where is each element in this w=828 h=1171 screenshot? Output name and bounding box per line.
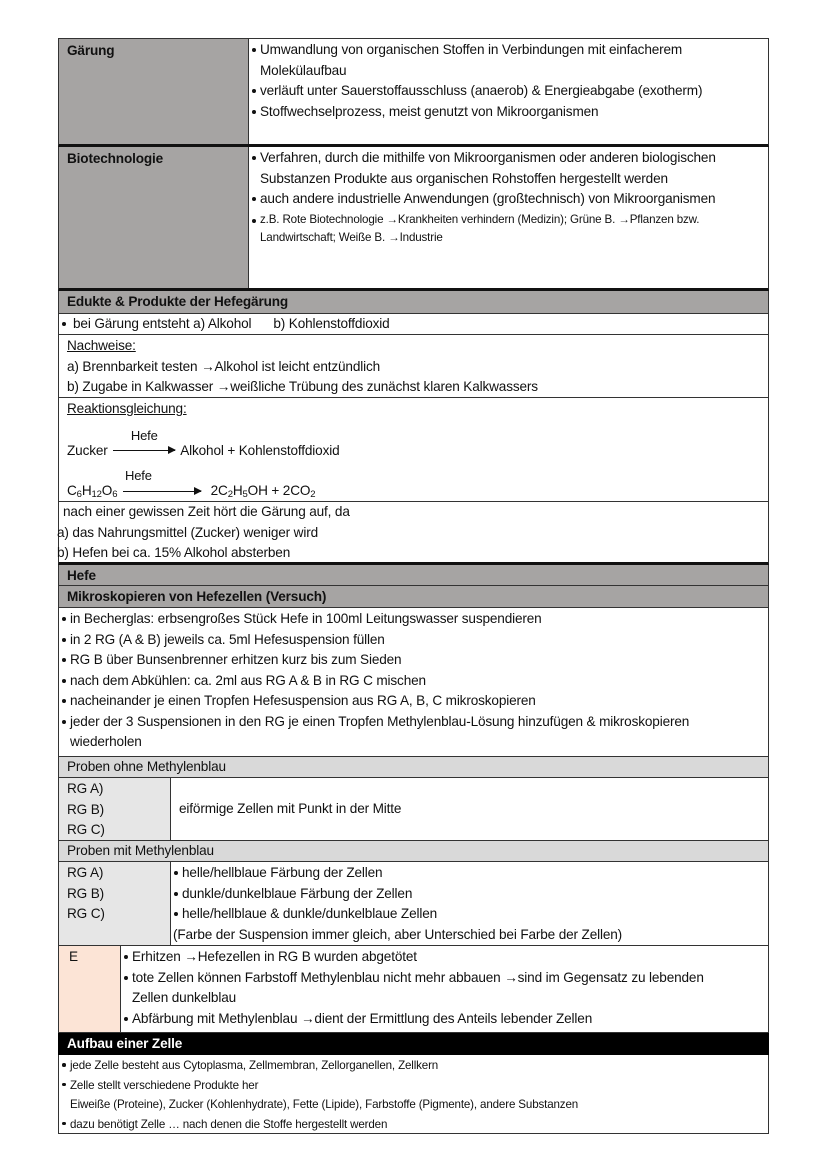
sample-label: RG A) [67, 863, 162, 884]
products: Alkohol + Kohlenstoffdioxid [180, 443, 339, 458]
sample-label: RG B) [67, 884, 162, 905]
bullet-item: Verfahren, durch die mithilfe von Mikroo… [251, 148, 764, 189]
section-header-versuch: Mikroskopieren von Hefezellen (Versuch) [58, 586, 769, 608]
step-item: RG B über Bunsenbrenner erhitzen kurz bi… [61, 650, 766, 671]
step-item: nacheinander je einen Tropfen Hefesuspen… [61, 691, 766, 712]
stop-intro: nach einer gewissen Zeit hört die Gärung… [59, 502, 768, 523]
reaction-arrow-icon: Hefe [111, 441, 177, 462]
nachweis-item: b) Zugabe in Kalkwasser →weißliche Trübu… [67, 377, 760, 398]
step-item: nach dem Abkühlen: ca. 2ml aus RG A & B … [61, 671, 766, 692]
observation-item: dunkle/dunkelblaue Färbung der Zellen [173, 884, 764, 905]
step-item: in 2 RG (A & B) jeweils ca. 5ml Hefesusp… [61, 630, 766, 651]
ergebnis-row: E Erhitzen →Hefezellen in RG B wurden ab… [58, 946, 769, 1033]
sample-label: RG A) [67, 779, 162, 800]
bullet-item: auch andere industrielle Anwendungen (gr… [251, 189, 764, 210]
term-label: Biotechnologie [59, 147, 249, 288]
results-mit: RG A) RG B) RG C) helle/hellblaue Färbun… [58, 862, 769, 946]
definition-biotechnologie: Biotechnologie Verfahren, durch die mith… [58, 147, 769, 291]
product-co2: b) Kohlenstoffdioxid [273, 314, 389, 335]
section-header-edukte: Edukte & Produkte der Hefegärung [58, 291, 769, 314]
observations: helle/hellblaue Färbung der Zellen dunkl… [171, 862, 768, 945]
sample-label: RG B) [67, 800, 162, 821]
conclusion-item: tote Zellen können Farbstoff Methylenbla… [123, 968, 738, 1009]
observation-item: helle/hellblaue & dunkle/dunkelblaue Zel… [173, 904, 764, 925]
definition-content: Umwandlung von organischen Stoffen in Ve… [249, 39, 768, 144]
product-alcohol: bei Gärung entsteht a) Alkohol [73, 316, 251, 331]
reaction-block: Reaktionsgleichung: Zucker Hefe Alkohol … [58, 398, 769, 502]
nachweise-block: Nachweise: a) Brennbarkeit testen →Alkoh… [58, 335, 769, 398]
cell-item-continuation: Eiweiße (Proteine), Zucker (Kohlenhydrat… [61, 1095, 766, 1115]
bullet-item: verläuft unter Sauerstoffausschluss (ana… [251, 81, 764, 102]
word-equation: Zucker Hefe Alkohol + Kohlenstoffdioxid [67, 441, 760, 462]
step-item: jeder der 3 Suspensionen in den RG je ei… [61, 712, 766, 753]
worksheet: Gärung Umwandlung von organischen Stoffe… [58, 38, 769, 1134]
ergebnis-content: Erhitzen →Hefezellen in RG B wurden abge… [121, 946, 768, 1032]
nachweise-title: Nachweise: [67, 336, 760, 357]
catalyst-label: Hefe [111, 426, 177, 447]
cell-structure-list: jede Zelle besteht aus Cytoplasma, Zellm… [58, 1055, 769, 1134]
stop-reason: b) Hefen bei ca. 15% Alkohol absterben [57, 543, 768, 564]
subheader-mit-methylenblau: Proben mit Methylenblau [58, 841, 769, 862]
formula-reactant: C6H12O6 [67, 483, 117, 498]
section-header-zelle: Aufbau einer Zelle [58, 1033, 769, 1055]
conclusion-item: Abfärbung mit Methylenblau →dient der Er… [123, 1009, 738, 1030]
reactant: Zucker [67, 443, 108, 458]
definition-gaerung: Gärung Umwandlung von organischen Stoffe… [58, 38, 769, 147]
catalyst-label: Hefe [125, 466, 203, 487]
stop-reasons-block: nach einer gewissen Zeit hört die Gärung… [58, 502, 769, 565]
section-header-hefe: Hefe [58, 565, 769, 586]
ergebnis-label: E [59, 946, 121, 1032]
sample-label: RG C) [67, 904, 162, 925]
term-label: Gärung [59, 39, 249, 144]
cell-item: Zelle stellt verschiedene Produkte her [61, 1076, 766, 1096]
observation: eiförmige Zellen mit Punkt in der Mitte [171, 778, 768, 840]
sample-label: RG C) [67, 820, 162, 841]
stop-reason: a) das Nahrungsmittel (Zucker) weniger w… [57, 523, 768, 544]
cell-item: jede Zelle besteht aus Cytoplasma, Zellm… [61, 1056, 766, 1076]
cell-item: dazu benötigt Zelle … nach denen die Sto… [61, 1115, 766, 1135]
subheader-ohne-methylenblau: Proben ohne Methylenblau [58, 757, 769, 778]
experiment-steps: in Becherglas: erbsengroßes Stück Hefe i… [58, 608, 769, 757]
observation-note: (Farbe der Suspension immer gleich, aber… [173, 925, 764, 946]
definition-content: Verfahren, durch die mithilfe von Mikroo… [249, 147, 768, 288]
bullet-item: bei Gärung entsteht a) Alkohol [61, 314, 251, 335]
conclusion-item: Erhitzen →Hefezellen in RG B wurden abge… [123, 947, 738, 968]
products-row: bei Gärung entsteht a) Alkoholb) Kohlens… [58, 314, 769, 335]
formula-equation: C6H12O6 Hefe 2C2H5OH + 2CO2 [67, 481, 760, 502]
reaction-title: Reaktionsgleichung: [67, 399, 760, 420]
bullet-item: Umwandlung von organischen Stoffen in Ve… [251, 40, 764, 81]
nachweis-item: a) Brennbarkeit testen →Alkohol ist leic… [67, 357, 760, 378]
formula-products: 2C2H5OH + 2CO2 [211, 483, 316, 498]
reaction-arrow-icon: Hefe [121, 481, 203, 502]
bullet-item: Stoffwechselprozess, meist genutzt von M… [251, 102, 764, 123]
sample-labels: RG A) RG B) RG C) [59, 778, 171, 840]
results-ohne: RG A) RG B) RG C) eiförmige Zellen mit P… [58, 778, 769, 841]
sample-labels: RG A) RG B) RG C) [59, 862, 171, 945]
bullet-item-small: z.B. Rote Biotechnologie →Krankheiten ve… [251, 211, 764, 247]
observation-item: helle/hellblaue Färbung der Zellen [173, 863, 764, 884]
step-item: in Becherglas: erbsengroßes Stück Hefe i… [61, 609, 766, 630]
